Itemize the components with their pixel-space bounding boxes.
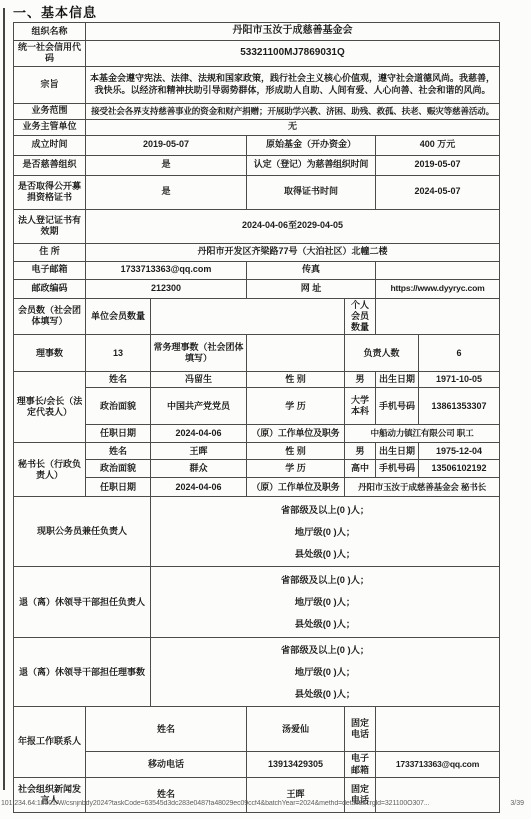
table-row: 年报工作联系人 姓名 汤爱仙 固定电话 (14, 707, 500, 752)
rank-line-prefecture: 地厅级(0 )人； (153, 591, 497, 613)
table-row: 是否慈善组织 是 认定（登记）为慈善组织时间 2019-05-07 (14, 155, 500, 175)
table-row: 社会组织新闻发言人 姓名 王晖 固定电话 (14, 777, 500, 812)
business-scope-label: 业务范围 (14, 103, 86, 119)
table-row: 业务主管单位 无 (14, 119, 500, 135)
footer-url: 101.234.64:18001/W/csnjnbdy2024?taskCode… (1, 800, 504, 807)
original-fund-label: 原始基金（开办资金） (247, 135, 376, 155)
current-officials-value: 省部级及以上(0 )人； 地厅级(0 )人； 县处级(0 )人； (151, 497, 500, 567)
annual-contact-mobile-label: 移动电话 (86, 752, 247, 778)
secretary-tenure-label: 任职日期 (86, 478, 151, 497)
address-label: 住 所 (14, 243, 86, 261)
chairman-birth-label: 出生日期 (376, 372, 419, 388)
standing-directors-value (247, 335, 345, 372)
retired-directors-label: 退（离）休领导干部担任理事数 (14, 638, 151, 707)
page-number: 3/39 (510, 800, 524, 807)
email-value: 1733713363@qq.com (86, 261, 247, 279)
secretary-mobile-label: 手机号码 (376, 460, 419, 478)
secretary-tenure-value: 2024-04-06 (151, 478, 247, 497)
directors-count-value: 13 (86, 335, 151, 372)
supervisor-unit-value: 无 (86, 119, 500, 135)
credit-code-value: 53321100MJ7869031Q (86, 41, 500, 67)
business-scope-value: 接受社会各界支持慈善事业的资金和财产捐赠；开展助学兴教、济困、助残、救孤、扶老、… (86, 103, 500, 119)
fundraising-cert-value: 是 (86, 175, 247, 209)
registration-validity-label: 法人登记证书有效期 (14, 209, 86, 243)
chairman-mobile-label: 手机号码 (376, 388, 419, 425)
annual-contact-mobile-value: 13913429305 (247, 752, 345, 778)
table-row: 退（离）休领导干部担任理事数 省部级及以上(0 )人； 地厅级(0 )人； 县处… (14, 638, 500, 707)
postcode-label: 邮政编码 (14, 279, 86, 298)
website-label: 网 址 (247, 279, 376, 298)
leaders-count-value: 6 (419, 335, 500, 372)
secretary-name-label: 姓名 (86, 443, 151, 460)
chairman-gender-value: 男 (345, 372, 376, 388)
chairman-politics-value: 中国共产党党员 (151, 388, 247, 425)
annual-contact-section-label: 年报工作联系人 (14, 707, 86, 778)
secretary-politics-label: 政治面貌 (86, 460, 151, 478)
secretary-gender-value: 男 (345, 443, 376, 460)
fax-value (376, 261, 500, 279)
founded-date-label: 成立时间 (14, 135, 86, 155)
retired-directors-value: 省部级及以上(0 )人； 地厅级(0 )人； 县处级(0 )人； (151, 638, 500, 707)
directors-count-label: 理事数 (14, 335, 86, 372)
spokesperson-landline-value (376, 777, 500, 812)
secretary-work-value: 丹阳市玉汝于成慈善基金会 秘书长 (345, 478, 500, 497)
secretary-section-label: 秘书长（行政负责人） (14, 443, 86, 497)
rank-line-prefecture: 地厅级(0 )人； (153, 661, 497, 683)
chairman-work-label: （原）工作单位及职务 (247, 425, 345, 443)
secretary-birth-label: 出生日期 (376, 443, 419, 460)
table-row: 宗旨 本基金会遵守宪法、法律、法规和国家政策，践行社会主义核心价值观，遵守社会道… (14, 66, 500, 103)
page-title: 一、基本信息 (13, 2, 97, 21)
chairman-tenure-label: 任职日期 (86, 425, 151, 443)
annual-contact-landline-value (376, 707, 500, 752)
charity-time-value: 2019-05-07 (376, 155, 500, 175)
table-row: 移动电话 13913429305 电子邮箱 1733713363@qq.com (14, 752, 500, 778)
table-row: 现职公务员兼任负责人 省部级及以上(0 )人； 地厅级(0 )人； 县处级(0 … (14, 497, 500, 567)
table-row: 理事长/会长（法定代表人） 姓名 冯留生 性 别 男 出生日期 1971-10-… (14, 372, 500, 388)
supervisor-unit-label: 业务主管单位 (14, 119, 86, 135)
chairman-politics-label: 政治面貌 (86, 388, 151, 425)
address-value: 丹阳市开发区齐梁路77号（大泊社区）北幢二楼 (86, 243, 500, 261)
table-row: 住 所 丹阳市开发区齐梁路77号（大泊社区）北幢二楼 (14, 243, 500, 261)
table-row: 电子邮箱 1733713363@qq.com 传真 (14, 261, 500, 279)
website-value: https://www.dyyryc.com (376, 279, 500, 298)
mission-label: 宗旨 (14, 66, 86, 103)
table-row: 秘书长（行政负责人） 姓名 王晖 性 别 男 出生日期 1975-12-04 (14, 443, 500, 460)
org-name-value: 丹阳市玉汝于成慈善基金会 (86, 23, 500, 41)
cert-time-value: 2024-05-07 (376, 175, 500, 209)
rank-line-provincial: 省部级及以上(0 )人； (153, 569, 497, 591)
table-row: 理事数 13 常务理事数（社会团体填写） 负责人数 6 (14, 335, 500, 372)
rank-line-prefecture: 地厅级(0 )人； (153, 521, 497, 543)
table-row: 业务范围 接受社会各界支持慈善事业的资金和财产捐赠；开展助学兴教、济困、助残、救… (14, 103, 500, 119)
retired-leaders-value: 省部级及以上(0 )人； 地厅级(0 )人； 县处级(0 )人； (151, 567, 500, 638)
table-row: 会员数（社会团体填写） 单位会员数量 个人会员数量 (14, 298, 500, 335)
personal-members-label: 个人会员数量 (345, 298, 376, 335)
current-officials-label: 现职公务员兼任负责人 (14, 497, 151, 567)
annual-contact-name-label: 姓名 (86, 707, 247, 752)
print-footer: 101.234.64:18001/W/csnjnbdy2024?taskCode… (1, 800, 530, 807)
personal-members-value (376, 298, 500, 335)
secretary-birth-value: 1975-12-04 (419, 443, 500, 460)
table-row: 统一社会信用代码 53321100MJ7869031Q (14, 41, 500, 67)
fundraising-cert-label: 是否取得公开募捐资格证书 (14, 175, 86, 209)
rank-line-county: 县处级(0 )人； (153, 683, 497, 705)
scan-edge-line (3, 8, 5, 790)
chairman-birth-value: 1971-10-05 (419, 372, 500, 388)
chairman-education-value: 大学本科 (345, 388, 376, 425)
table-row: 任职日期 2024-04-06 （原）工作单位及职务 中船动力镇江有限公司 职工 (14, 425, 500, 443)
email-label: 电子邮箱 (14, 261, 86, 279)
table-row: 是否取得公开募捐资格证书 是 取得证书时间 2024-05-07 (14, 175, 500, 209)
spokesperson-name-label: 姓名 (86, 777, 247, 812)
table-row: 组织名称 丹阳市玉汝于成慈善基金会 (14, 23, 500, 41)
credit-code-label: 统一社会信用代码 (14, 41, 86, 67)
spokesperson-landline-label: 固定电话 (345, 777, 376, 812)
table-row: 邮政编码 212300 网 址 https://www.dyyryc.com (14, 279, 500, 298)
chairman-gender-label: 性 别 (247, 372, 345, 388)
table-row: 法人登记证书有效期 2024-04-06至2029-04-05 (14, 209, 500, 243)
is-charity-label: 是否慈善组织 (14, 155, 86, 175)
chairman-education-label: 学 历 (247, 388, 345, 425)
table-row: 任职日期 2024-04-06 （原）工作单位及职务 丹阳市玉汝于成慈善基金会 … (14, 478, 500, 497)
chairman-name-label: 姓名 (86, 372, 151, 388)
original-fund-value: 400 万元 (376, 135, 500, 155)
secretary-name-value: 王晖 (151, 443, 247, 460)
secretary-education-value: 高中 (345, 460, 376, 478)
secretary-mobile-value: 13506102192 (419, 460, 500, 478)
secretary-work-label: （原）工作单位及职务 (247, 478, 345, 497)
annual-contact-name-value: 汤爱仙 (247, 707, 345, 752)
annual-contact-email-value: 1733713363@qq.com (376, 752, 500, 778)
rank-line-county: 县处级(0 )人； (153, 613, 497, 635)
rank-line-provincial: 省部级及以上(0 )人； (153, 639, 497, 661)
charity-time-label: 认定（登记）为慈善组织时间 (247, 155, 376, 175)
chairman-section-label: 理事长/会长（法定代表人） (14, 372, 86, 443)
chairman-tenure-value: 2024-04-06 (151, 425, 247, 443)
spokesperson-section-label: 社会组织新闻发言人 (14, 777, 86, 812)
secretary-politics-value: 群众 (151, 460, 247, 478)
chairman-name-value: 冯留生 (151, 372, 247, 388)
unit-members-value (151, 298, 345, 335)
table-row: 政治面貌 群众 学 历 高中 手机号码 13506102192 (14, 460, 500, 478)
unit-members-label: 单位会员数量 (86, 298, 151, 335)
standing-directors-label: 常务理事数（社会团体填写） (151, 335, 247, 372)
secretary-education-label: 学 历 (247, 460, 345, 478)
table-row: 政治面貌 中国共产党党员 学 历 大学本科 手机号码 13861353307 (14, 388, 500, 425)
registration-validity-value: 2024-04-06至2029-04-05 (86, 209, 500, 243)
secretary-gender-label: 性 别 (247, 443, 345, 460)
chairman-mobile-value: 13861353307 (419, 388, 500, 425)
annual-contact-email-label: 电子邮箱 (345, 752, 376, 778)
cert-time-label: 取得证书时间 (247, 175, 376, 209)
rank-line-provincial: 省部级及以上(0 )人； (153, 499, 497, 521)
table-row: 成立时间 2019-05-07 原始基金（开办资金） 400 万元 (14, 135, 500, 155)
postcode-value: 212300 (86, 279, 247, 298)
fax-label: 传真 (247, 261, 376, 279)
annual-contact-landline-label: 固定电话 (345, 707, 376, 752)
founded-date-value: 2019-05-07 (86, 135, 247, 155)
org-name-label: 组织名称 (14, 23, 86, 41)
retired-leaders-label: 退（离）休领导干部担任负责人 (14, 567, 151, 638)
rank-line-county: 县处级(0 )人； (153, 543, 497, 565)
is-charity-value: 是 (86, 155, 247, 175)
leaders-count-label: 负责人数 (345, 335, 419, 372)
chairman-work-value: 中船动力镇江有限公司 职工 (345, 425, 500, 443)
table-row: 退（离）休领导干部担任负责人 省部级及以上(0 )人； 地厅级(0 )人； 县处… (14, 567, 500, 638)
basic-info-table: 组织名称 丹阳市玉汝于成慈善基金会 统一社会信用代码 53321100MJ786… (13, 22, 500, 813)
spokesperson-name-value: 王晖 (247, 777, 345, 812)
members-label: 会员数（社会团体填写） (14, 298, 86, 335)
mission-value: 本基金会遵守宪法、法律、法规和国家政策，践行社会主义核心价值观，遵守社会道德风尚… (86, 66, 500, 103)
